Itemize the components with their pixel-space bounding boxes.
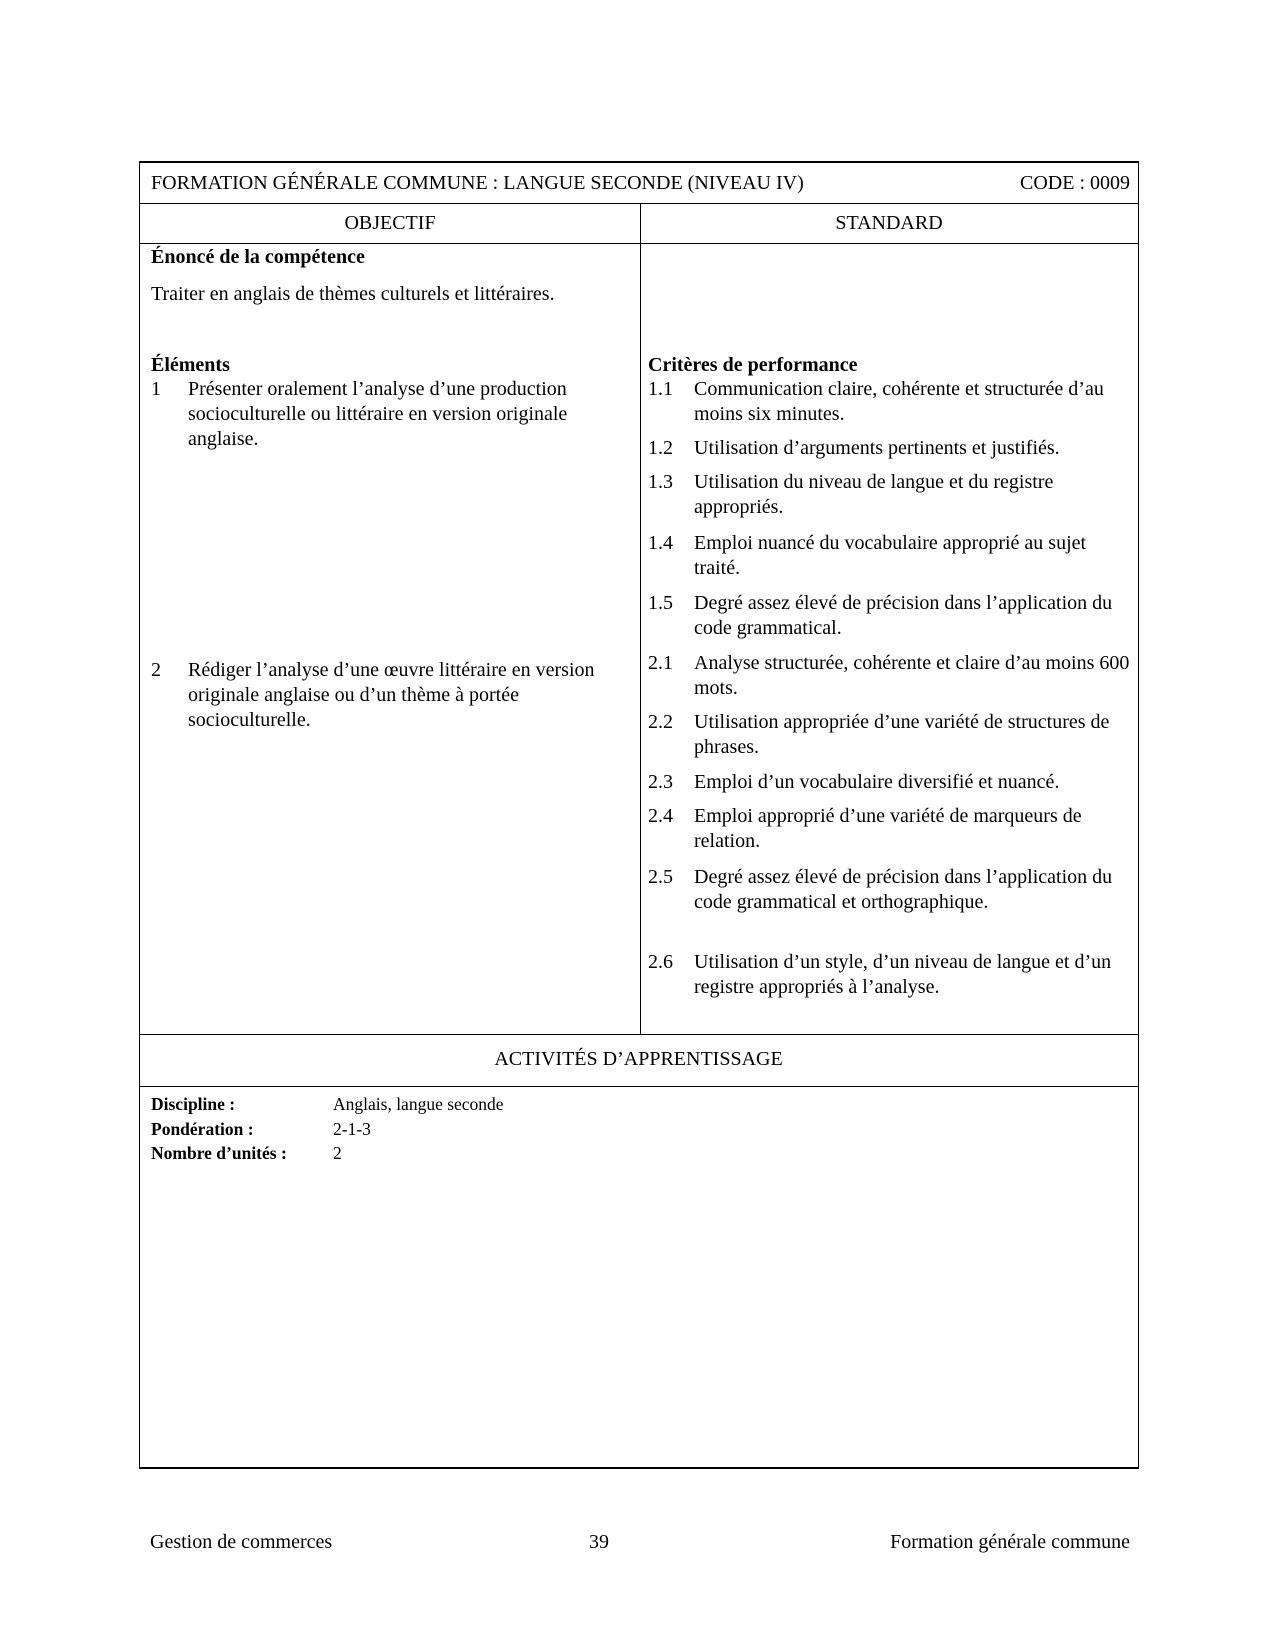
- column-header-divider: [139, 243, 1138, 244]
- critere-number: 2.5: [648, 865, 673, 890]
- column-divider: [640, 203, 641, 1034]
- table-title: FORMATION GÉNÉRALE COMMUNE : LANGUE SECO…: [151, 171, 804, 196]
- footer-section: Formation générale commune: [890, 1530, 1130, 1555]
- critere-number: 2.3: [648, 770, 673, 795]
- critere-text: Degré assez élevé de précision dans l’ap…: [694, 865, 1134, 915]
- discipline-label: Discipline :: [151, 1092, 235, 1117]
- enonce-text: Traiter en anglais de thèmes culturels e…: [151, 282, 555, 307]
- critere-number: 1.4: [648, 531, 673, 556]
- criteres-heading: Critères de performance: [648, 353, 858, 378]
- element-number: 2: [151, 658, 161, 683]
- critere-number: 2.1: [648, 651, 673, 676]
- course-code: CODE : 0009: [1020, 171, 1130, 196]
- element-text: Rédiger l’analyse d’une œuvre littéraire…: [188, 658, 608, 733]
- critere-number: 1.5: [648, 591, 673, 616]
- discipline-value: Anglais, langue seconde: [333, 1092, 504, 1117]
- critere-text: Utilisation appropriée d’une variété de …: [694, 710, 1134, 760]
- critere-text: Degré assez élevé de précision dans l’ap…: [694, 591, 1134, 641]
- critere-number: 2.2: [648, 710, 673, 735]
- column-header-standard: STANDARD: [641, 211, 1137, 236]
- ponderation-label: Pondération :: [151, 1117, 254, 1142]
- footer-program: Gestion de commerces: [150, 1530, 332, 1555]
- critere-text: Utilisation d’arguments pertinents et ju…: [694, 436, 1134, 461]
- unites-label: Nombre d’unités :: [151, 1141, 287, 1166]
- critere-text: Communication claire, cohérente et struc…: [694, 377, 1134, 427]
- activites-heading: ACTIVITÉS D’APPRENTISSAGE: [140, 1047, 1137, 1072]
- element-number: 1: [151, 377, 161, 402]
- critere-text: Emploi approprié d’une variété de marque…: [694, 804, 1134, 854]
- activites-bottom-divider: [139, 1086, 1138, 1087]
- critere-text: Emploi d’un vocabulaire diversifié et nu…: [694, 770, 1134, 795]
- critere-number: 2.4: [648, 804, 673, 829]
- critere-number: 1.1: [648, 377, 673, 402]
- critere-number: 2.6: [648, 950, 673, 975]
- critere-number: 1.3: [648, 470, 673, 495]
- critere-text: Utilisation du niveau de langue et du re…: [694, 470, 1134, 520]
- activites-top-divider: [139, 1034, 1138, 1035]
- critere-text: Emploi nuancé du vocabulaire approprié a…: [694, 531, 1134, 581]
- ponderation-value: 2-1-3: [333, 1117, 371, 1142]
- title-row-divider: [139, 203, 1138, 204]
- element-text: Présenter oralement l’analyse d’une prod…: [188, 377, 636, 452]
- unites-value: 2: [333, 1141, 342, 1166]
- column-header-objectif: OBJECTIF: [140, 211, 640, 236]
- enonce-heading: Énoncé de la compétence: [151, 245, 365, 270]
- page-number: 39: [589, 1530, 609, 1555]
- critere-text: Utilisation d’un style, d’un niveau de l…: [694, 950, 1134, 1000]
- critere-text: Analyse structurée, cohérente et claire …: [694, 651, 1134, 701]
- critere-number: 1.2: [648, 436, 673, 461]
- elements-heading: Éléments: [151, 353, 230, 378]
